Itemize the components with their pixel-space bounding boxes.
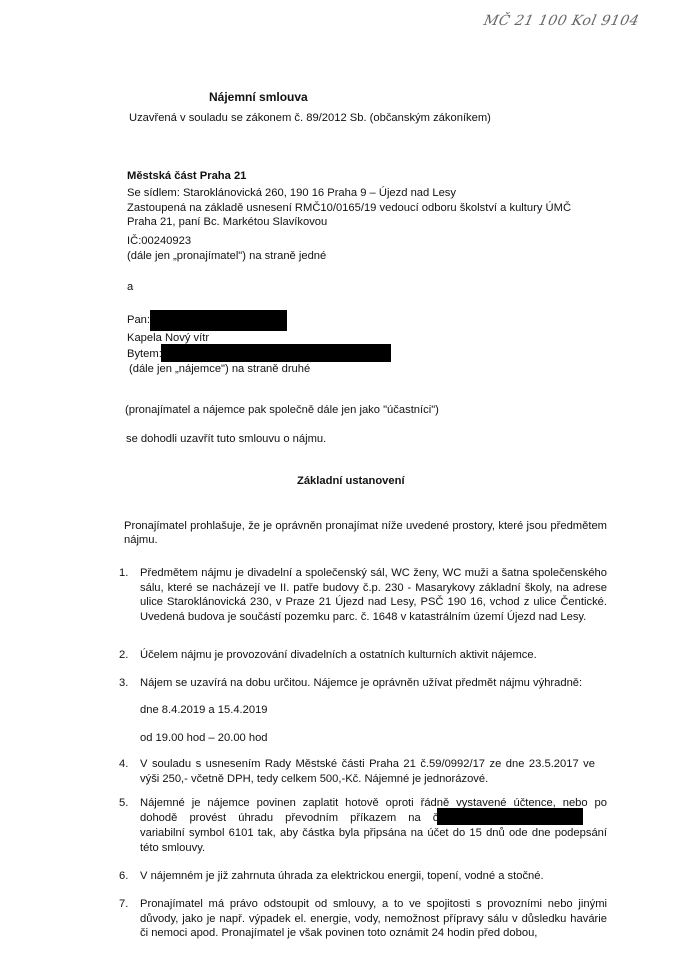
document-title: Nájemní smlouva — [209, 90, 308, 104]
clause-number: 7. — [119, 897, 128, 911]
intro-paragraph: Pronajímatel prohlašuje, že je oprávněn … — [124, 519, 607, 547]
parties-note: (pronajímatel a nájemce pak společně dál… — [125, 403, 439, 417]
conjunction: a — [127, 280, 133, 294]
clause-number: 2. — [119, 648, 128, 662]
clause-number: 3. — [119, 676, 128, 690]
tenant-alias: (dále jen „nájemce") na straně druhé — [129, 362, 310, 376]
landlord-representative: Praha 21, paní Bc. Markétou Slavíkovou — [127, 215, 327, 229]
document-subtitle: Uzavřená v souladu se zákonem č. 89/2012… — [129, 111, 491, 125]
clause-number: 5. — [119, 796, 128, 810]
tenant-bytem-label: Bytem: — [127, 347, 162, 361]
clause-5-line-3: variabilní symbol 6101 tak, aby částka b… — [140, 826, 607, 855]
clause-number: 6. — [119, 869, 128, 883]
handwritten-reference-note: MČ 21 100 Kol 9104 — [483, 14, 641, 28]
clause-6-text: V nájemném je již zahrnuta úhrada za ele… — [140, 869, 544, 883]
landlord-ico: IČ:00240923 — [127, 234, 191, 248]
clause-number: 4. — [119, 757, 128, 771]
tenant-pan-label: Pan: — [127, 313, 150, 327]
section-title: Základní ustanovení — [297, 474, 405, 488]
redacted-tenant-address — [161, 344, 391, 362]
rental-hours: od 19.00 hod – 20.00 hod — [140, 731, 268, 745]
clause-1-text: Předmětem nájmu je divadelní a společens… — [140, 566, 607, 624]
clause-2-text: Účelem nájmu je provozování divadelních … — [140, 648, 537, 662]
clause-3-text: Nájem se uzavírá na dobu určitou. Nájemc… — [140, 676, 582, 690]
clause-4-text: V souladu s usnesením Rady Městské části… — [140, 757, 595, 786]
landlord-alias: (dále jen „pronajímatel") na straně jedn… — [127, 249, 326, 263]
tenant-organization: Kapela Nový vítr — [127, 331, 209, 345]
redacted-tenant-name — [150, 310, 287, 331]
landlord-representation: Zastoupená na základě usnesení RMČ10/016… — [127, 201, 571, 215]
clause-5-line-2: dohodě provést úhradu převodním příkazem… — [140, 811, 451, 825]
agreement-statement: se dohodli uzavřít tuto smlouvu o nájmu. — [126, 432, 326, 446]
clause-number: 1. — [119, 566, 128, 580]
landlord-name: Městská část Praha 21 — [127, 169, 246, 183]
clause-7-text: Pronajímatel má právo odstoupit od smlou… — [140, 897, 607, 941]
rental-dates: dne 8.4.2019 a 15.4.2019 — [140, 703, 268, 717]
landlord-address: Se sídlem: Staroklánovická 260, 190 16 P… — [127, 186, 456, 200]
redacted-bank-account — [437, 808, 583, 825]
